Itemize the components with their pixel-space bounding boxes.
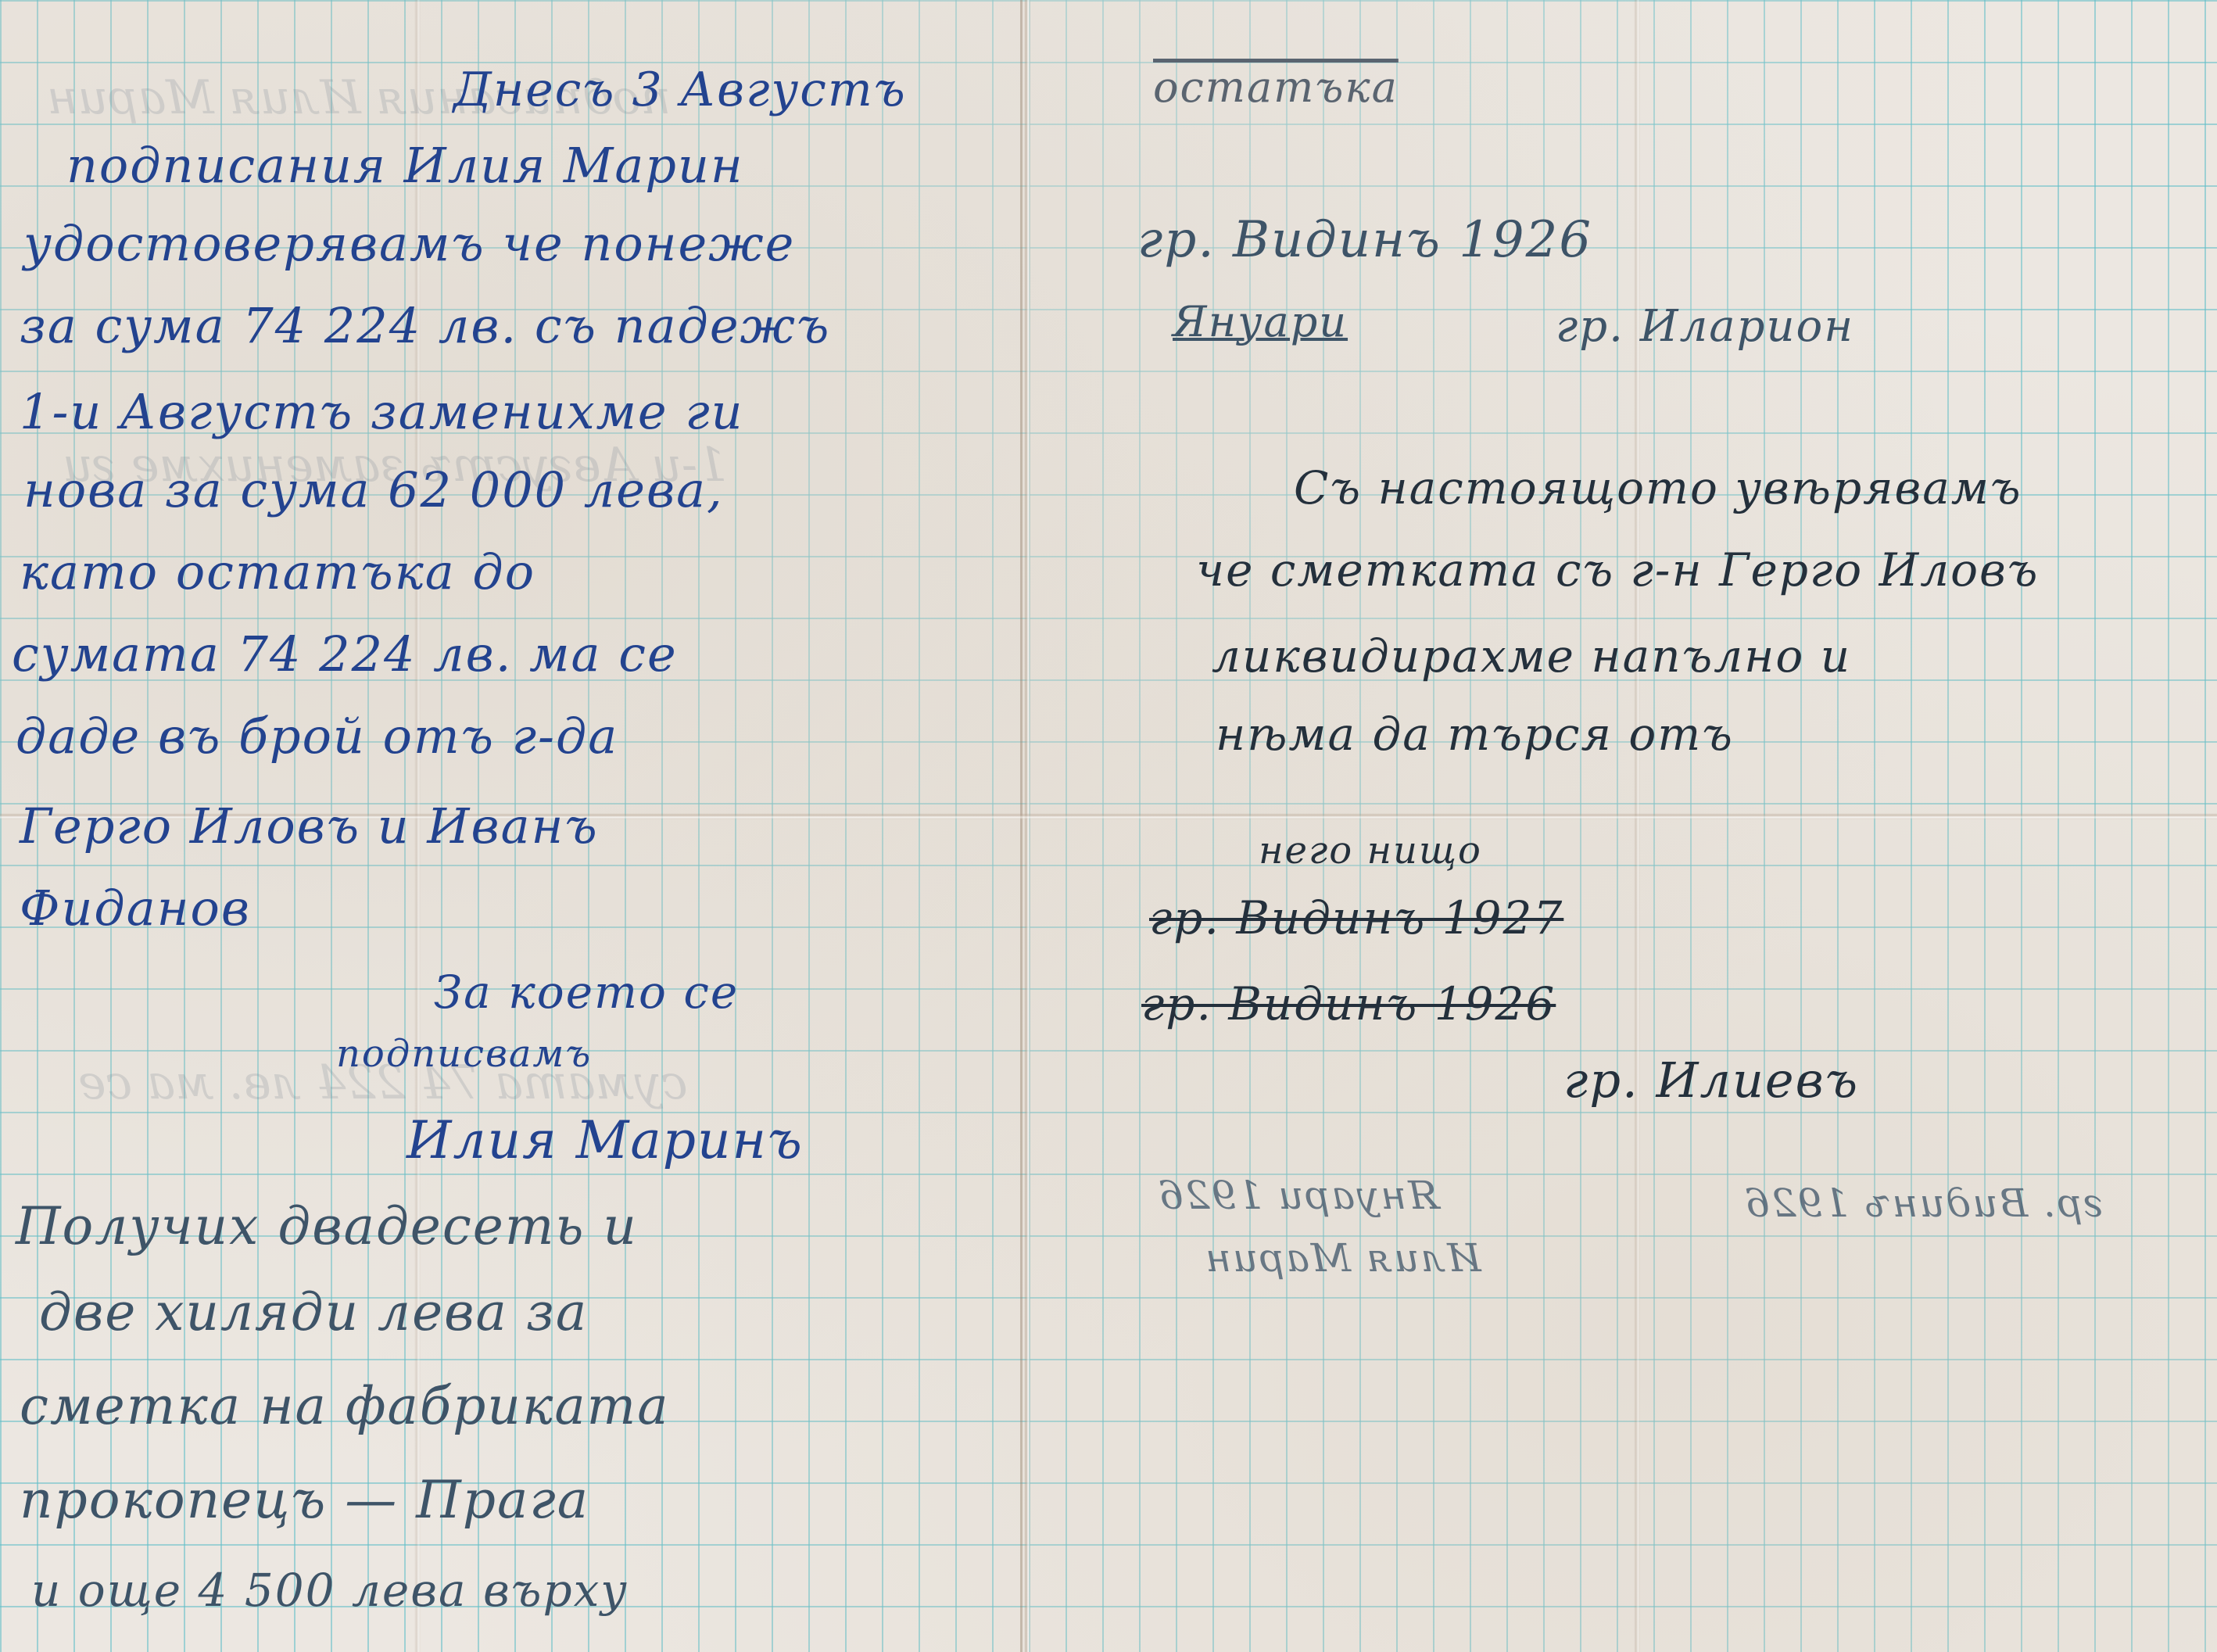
signature: гр. Иларион (1556, 301, 1854, 352)
body-line: за сума 74 224 лв. съ падежъ (20, 297, 830, 354)
body-line: удостоверявамъ че понеже (23, 215, 795, 272)
place-date-crossed: гр. Видинъ 1927 (1149, 891, 1563, 944)
body-line: като остатъка до (20, 543, 535, 600)
note-line: две хиляди лева за (39, 1282, 588, 1342)
vertical-fold-crease (1024, 0, 1030, 1652)
body-line: него нищо (1259, 829, 1482, 873)
signature: гр. Илиевъ (1563, 1052, 1859, 1109)
header-word: остатъка (1153, 63, 1399, 112)
mirrored-ink-offset: Илия Марин (1204, 1235, 1481, 1281)
body-line: Фиданов (20, 880, 251, 937)
note-line: сметка на фабриката (20, 1376, 670, 1436)
place-date: гр. Видинъ 1926 (1137, 211, 1592, 269)
closing-line: подписвамъ (336, 1032, 592, 1076)
body-line: Съ настоящото увѣрявамъ (1294, 461, 2022, 514)
page-edge (1020, 0, 1023, 1652)
body-line: Герго Иловъ и Иванъ (20, 797, 599, 855)
date-heading: Днесъ 3 Августъ (453, 63, 907, 117)
closing-line: За което се (434, 966, 739, 1019)
body-line: че сметката съ г-н Герго Иловъ (1196, 543, 2039, 597)
body-line: нова за сума 62 000 лева, (23, 461, 724, 518)
note-line: прокопецъ — Прага (20, 1470, 589, 1530)
date-label: Януари (1173, 297, 1348, 346)
mirrored-ink-offset: гр. Видинъ 1926 (1743, 1181, 2104, 1226)
body-line: даде въ брой отъ г-да (16, 708, 618, 765)
body-line: нѣма да търся отъ (1216, 708, 1734, 761)
mirrored-ink-offset: Януари 1926 (1157, 1173, 1439, 1218)
body-line: подписания Илия Марин (66, 137, 744, 194)
vertical-fold-crease (1634, 0, 1640, 1652)
place-date-crossed: гр. Видинъ 1926 (1141, 977, 1556, 1030)
body-line: сумата 74 224 лв. ма се (12, 625, 678, 683)
signature: Илия Маринъ (407, 1110, 804, 1170)
note-line: и още 4 500 лева върху (31, 1564, 629, 1617)
body-line: 1-и Августъ заменихме ги (20, 383, 744, 440)
note-line: Получих двадесеть и (16, 1196, 638, 1256)
body-line: ликвидирахме напълно и (1212, 629, 1851, 683)
